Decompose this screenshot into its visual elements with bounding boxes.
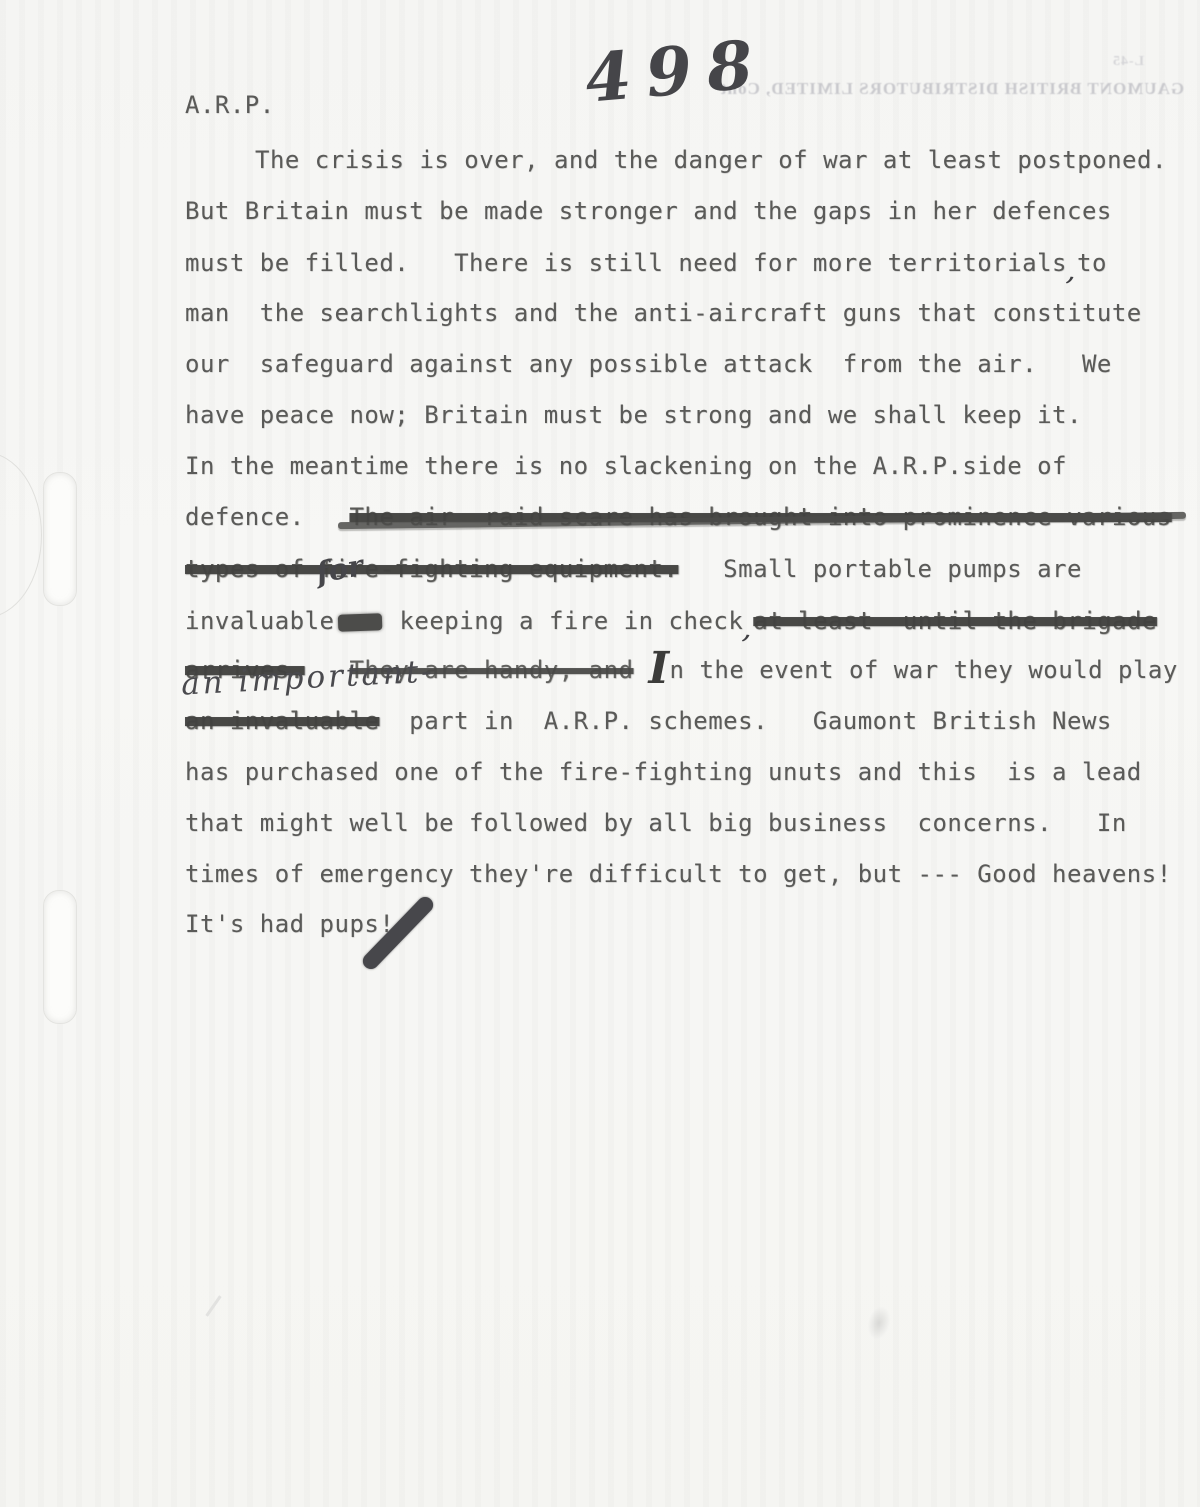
typescript-line: The crisis is over, and the danger of wa…	[185, 143, 1167, 177]
scribbled-out-word	[337, 613, 382, 632]
page-edge-ring-mark	[0, 452, 42, 618]
faint-pencil-mark	[205, 1295, 221, 1316]
bleed-through-corner-code: L-45	[1112, 54, 1144, 70]
hole-punch	[43, 890, 77, 1024]
typed-text: must be filled. There is still need for …	[185, 249, 1067, 277]
typed-text: has purchased one of the fire-fighting u…	[185, 758, 1142, 786]
typescript-line: that might well be followed by all big b…	[185, 806, 1127, 840]
typescript-line: It's had pups!	[185, 907, 394, 941]
typed-text: keeping a fire in check	[385, 607, 744, 635]
typed-text: n the event of war they would play	[670, 656, 1178, 684]
typed-text: invaluable	[185, 607, 335, 635]
struck-out-text: at least until the brigade	[753, 607, 1157, 635]
hole-punch	[43, 472, 77, 606]
typed-text: our safeguard against any possible attac…	[185, 350, 1112, 378]
typed-text: part in A.R.P. schemes. Gaumont British …	[379, 707, 1112, 735]
typed-text: The crisis is over, and the danger of wa…	[255, 146, 1167, 174]
typed-text: It's had pups!	[185, 910, 394, 938]
typescript-line: have peace now; Britain must be strong a…	[185, 398, 1082, 432]
typed-text	[634, 656, 649, 684]
handwritten-page-number: 498	[582, 24, 771, 118]
typed-text: But Britain must be made stronger and th…	[185, 197, 1112, 225]
typed-text: times of emergency they're difficult to …	[185, 860, 1172, 888]
struck-out-text: types of fire-fighting equipment.	[185, 555, 678, 583]
typed-text: defence.	[185, 503, 349, 531]
typescript-line: But Britain must be made stronger and th…	[185, 194, 1112, 228]
struck-out-text: an invaluable	[185, 707, 379, 735]
typescript-line: In the meantime there is no slackening o…	[185, 449, 1067, 483]
typescript-line: must be filled. There is still need for …	[185, 245, 1107, 280]
typescript-line: an invaluable part in A.R.P. schemes. Ga…	[185, 704, 1112, 738]
typed-text: Small portable pumps are	[678, 555, 1082, 583]
typescript-line: invaluable keeping a fire in check,at le…	[185, 603, 1157, 638]
typescript-line: man the searchlights and the anti-aircra…	[185, 296, 1142, 330]
typed-text: to	[1077, 249, 1107, 277]
heading-text: A.R.P.	[185, 91, 275, 119]
typed-text: man the searchlights and the anti-aircra…	[185, 299, 1142, 327]
scanned-typescript-page: GAUMONT BRITISH DISTRIBUTORS LIMITED, Co…	[0, 0, 1200, 1507]
bleed-through-letterhead: GAUMONT BRITISH DISTRIBUTORS LIMITED, Co…	[712, 79, 1192, 99]
typescript-line: times of emergency they're difficult to …	[185, 857, 1172, 891]
typed-text: In the meantime there is no slackening o…	[185, 452, 1067, 480]
faint-smudge-mark	[864, 1304, 894, 1343]
typed-text: that might well be followed by all big b…	[185, 809, 1127, 837]
typescript-line: our safeguard against any possible attac…	[185, 347, 1112, 381]
typescript-line: has purchased one of the fire-fighting u…	[185, 755, 1142, 789]
document-heading: A.R.P.	[185, 88, 275, 122]
typed-text: have peace now; Britain must be strong a…	[185, 401, 1082, 429]
